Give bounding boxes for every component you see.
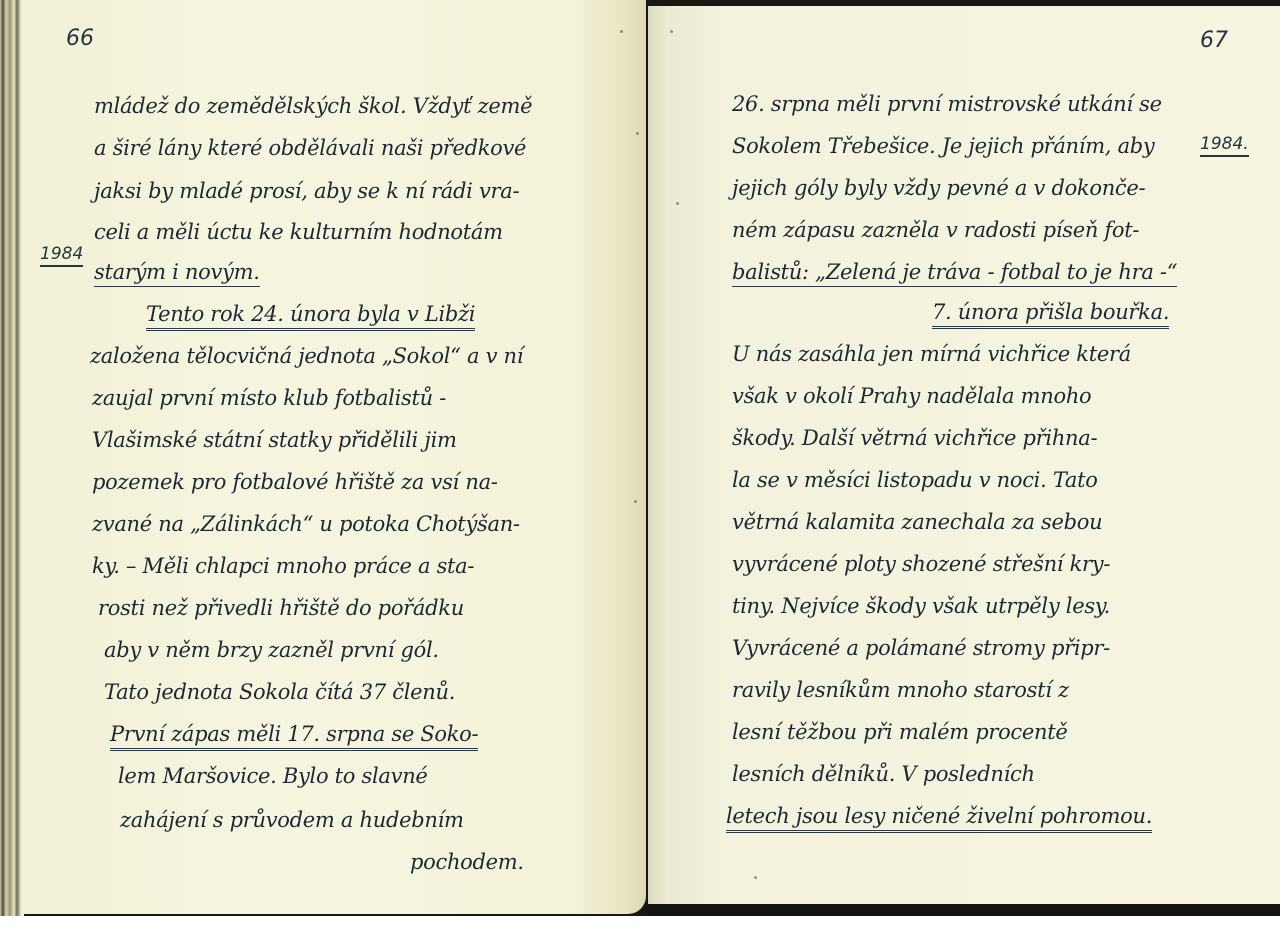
text-line: zaujal první místo klub fotbalistů - — [92, 384, 446, 412]
right-page: 67 1984. 26. srpna měli první mistrovské… — [648, 6, 1280, 906]
margin-year-right: 1984. — [1200, 134, 1249, 157]
text-line: mládež do zemědělských škol. Vždyť země — [94, 92, 532, 120]
text-line: lesních dělníků. V posledních — [732, 760, 1035, 788]
text-line: ky. – Měli chlapci mnoho práce a sta- — [92, 552, 474, 580]
text-line: lem Maršovice. Bylo to slavné — [118, 762, 428, 790]
text-line: zahájení s průvodem a hudebním — [120, 806, 464, 834]
paper-speck — [670, 30, 673, 33]
text-line: pozemek pro fotbalové hřiště za vsí na- — [92, 468, 498, 496]
text-line: rosti než přivedli hřiště do pořádku — [98, 594, 464, 622]
text-line: aby v něm brzy zazněl první gól. — [104, 636, 439, 664]
page-number-right: 67 — [1200, 28, 1228, 53]
margin-year-left: 1984 — [40, 244, 83, 267]
text-line: 26. srpna měli první mistrovské utkání s… — [732, 90, 1162, 118]
text-line: la se v měsíci listopadu v noci. Tato — [732, 466, 1098, 494]
text-line: však v okolí Prahy nadělala mnoho — [732, 382, 1091, 410]
text-line-heading: 7. února přišla bouřka. — [932, 298, 1169, 329]
text-line: jaksi by mladé prosí, aby se k ní rádi v… — [94, 177, 519, 205]
paper-speck — [634, 500, 637, 503]
text-line: tiny. Nejvíce škody však utrpěly lesy. — [732, 592, 1110, 620]
text-line: jejich góly byly vždy pevné a v dokonče- — [732, 174, 1145, 202]
text-line: zvané na „Zálinkách“ u potoka Chotýšan- — [92, 510, 520, 538]
text-line: pochodem. — [410, 848, 524, 876]
text-line-heading: Tento rok 24. února byla v Libži — [146, 300, 475, 331]
text-line: a širé lány které obdělávali naši předko… — [94, 134, 526, 162]
text-line: U nás zasáhla jen mírná vichřice která — [732, 340, 1131, 368]
text-line: lesní těžbou při malém procentě — [732, 718, 1068, 746]
text-line: celi a měli úctu ke kulturním hodnotám — [94, 218, 503, 246]
text-line: ném zápasu zazněla v radosti píseň fot- — [732, 216, 1139, 244]
page-number-left: 66 — [66, 26, 94, 51]
text-line-underlined: balistů: „Zelená je tráva - fotbal to je… — [732, 258, 1177, 287]
text-line: větrná kalamita zanechala za sebou — [732, 508, 1102, 536]
text-line: Sokolem Třebešice. Je jejich přáním, aby — [732, 132, 1155, 160]
text-line: Tato jednota Sokola čítá 37 členů. — [104, 678, 455, 706]
paper-speck — [620, 30, 623, 33]
text-line: ravily lesníkům mnoho starostí z — [732, 676, 1069, 704]
left-page: 66 1984 mládež do zemědělských škol. Vžd… — [24, 0, 646, 914]
text-line: škody. Další větrná vichřice přihna- — [732, 424, 1097, 452]
book-cover-edge — [648, 904, 1280, 916]
text-line: vyvrácené ploty shozené střešní kry- — [732, 550, 1110, 578]
text-line: Vyvrácené a polámané stromy připr- — [732, 634, 1110, 662]
paper-speck — [676, 202, 679, 205]
paper-speck — [636, 132, 639, 135]
page-stack-edge — [0, 0, 24, 916]
text-line: založena tělocvičná jednota „Sokol“ a v … — [90, 342, 523, 370]
text-line: Vlašimské státní statky přidělili jim — [92, 426, 457, 454]
text-line-underlined: starým i novým. — [94, 258, 260, 287]
text-line-underlined: První zápas měli 17. srpna se Soko- — [110, 720, 478, 751]
open-book: 66 1984 mládež do zemědělských škol. Vžd… — [0, 0, 1280, 916]
paper-speck — [754, 876, 757, 879]
text-line-underlined: letech jsou lesy ničené živelní pohromou… — [726, 802, 1152, 833]
